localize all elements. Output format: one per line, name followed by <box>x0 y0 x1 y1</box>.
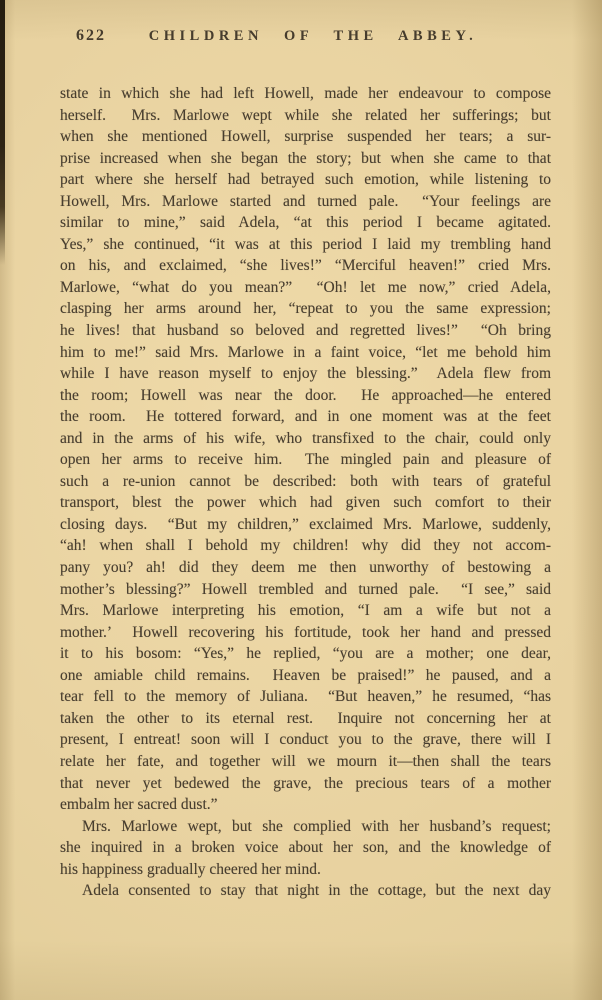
text-line: such a re-union cannot be described: bot… <box>60 471 551 493</box>
text-line: relate her fate, and together will we mo… <box>60 751 551 773</box>
text-line: part where she herself had betrayed such… <box>60 169 551 191</box>
text-line: he lives! that husband so beloved and re… <box>60 320 551 342</box>
text-line: clasping her arms around her, “repeat to… <box>60 298 551 320</box>
page-gutter-shadow <box>0 0 5 265</box>
text-line: embalm her sacred dust.” <box>60 794 551 816</box>
text-line: the room; Howell was near the door. He a… <box>60 385 551 407</box>
text-line: that never yet bedewed the grave, the pr… <box>60 773 551 795</box>
text-line: transport, blest the power which had giv… <box>60 492 551 514</box>
text-line: state in which she had left Howell, made… <box>60 83 551 105</box>
text-line: open her arms to receive him. The mingle… <box>60 449 551 471</box>
text-line: herself. Mrs. Marlowe wept while she rel… <box>60 105 551 127</box>
text-line: the room. He tottered forward, and in on… <box>60 406 551 428</box>
text-line: Marlowe, “what do you mean?” “Oh! let me… <box>60 277 551 299</box>
text-line: on his, and exclaimed, “she lives!” “Mer… <box>60 255 551 277</box>
text-line: “ah! when shall I behold my children! wh… <box>60 535 551 557</box>
text-line: mother.’ Howell recovering his fortitude… <box>60 622 551 644</box>
text-line: while I have reason myself to enjoy the … <box>60 363 551 385</box>
text-line: pany you? ah! did they deem me then unwo… <box>60 557 551 579</box>
running-title: CHILDREN OF THE ABBEY. <box>60 28 566 45</box>
text-line: Yes,” she continued, “it was at this per… <box>60 234 551 256</box>
page-header: 622 CHILDREN OF THE ABBEY. <box>60 27 552 47</box>
text-line: it to his bosom: “Yes,” he replied, “you… <box>60 643 551 665</box>
text-line: and in the arms of his wife, who transfi… <box>60 428 551 450</box>
text-line: taken the other to its eternal rest. Inq… <box>60 708 551 730</box>
text-line: she inquired in a broken voice about her… <box>60 837 551 859</box>
paragraph: Mrs. Marlowe wept, but she complied with… <box>60 816 551 881</box>
text-line: present, I entreat! soon will I conduct … <box>60 729 551 751</box>
paragraph: state in which she had left Howell, made… <box>60 83 551 816</box>
text-line: when she mentioned Howell, surprise susp… <box>60 126 551 148</box>
text-line: Mrs. Marlowe interpreting his emotion, “… <box>60 600 551 622</box>
text-line: Adela consented to stay that night in th… <box>60 880 551 902</box>
text-line: his happiness gradually cheered her mind… <box>60 859 551 881</box>
text-line: tear fell to the memory of Juliana. “But… <box>60 686 551 708</box>
text-line: Mrs. Marlowe wept, but she complied with… <box>60 816 551 838</box>
text-line: prise increased when she began the story… <box>60 148 551 170</box>
page-body-text: state in which she had left Howell, made… <box>60 83 551 902</box>
text-line: similar to mine,” said Adela, “at this p… <box>60 212 551 234</box>
text-line: him to me!” said Mrs. Marlowe in a faint… <box>60 342 551 364</box>
text-line: closing days. “But my children,” exclaim… <box>60 514 551 536</box>
book-page-scan: 622 CHILDREN OF THE ABBEY. state in whic… <box>0 0 602 1000</box>
text-line: Howell, Mrs. Marlowe started and turned … <box>60 191 551 213</box>
paragraph: Adela consented to stay that night in th… <box>60 880 551 902</box>
text-line: mother’s blessing?” Howell trembled and … <box>60 579 551 601</box>
text-line: one amiable child remains. Heaven be pra… <box>60 665 551 687</box>
